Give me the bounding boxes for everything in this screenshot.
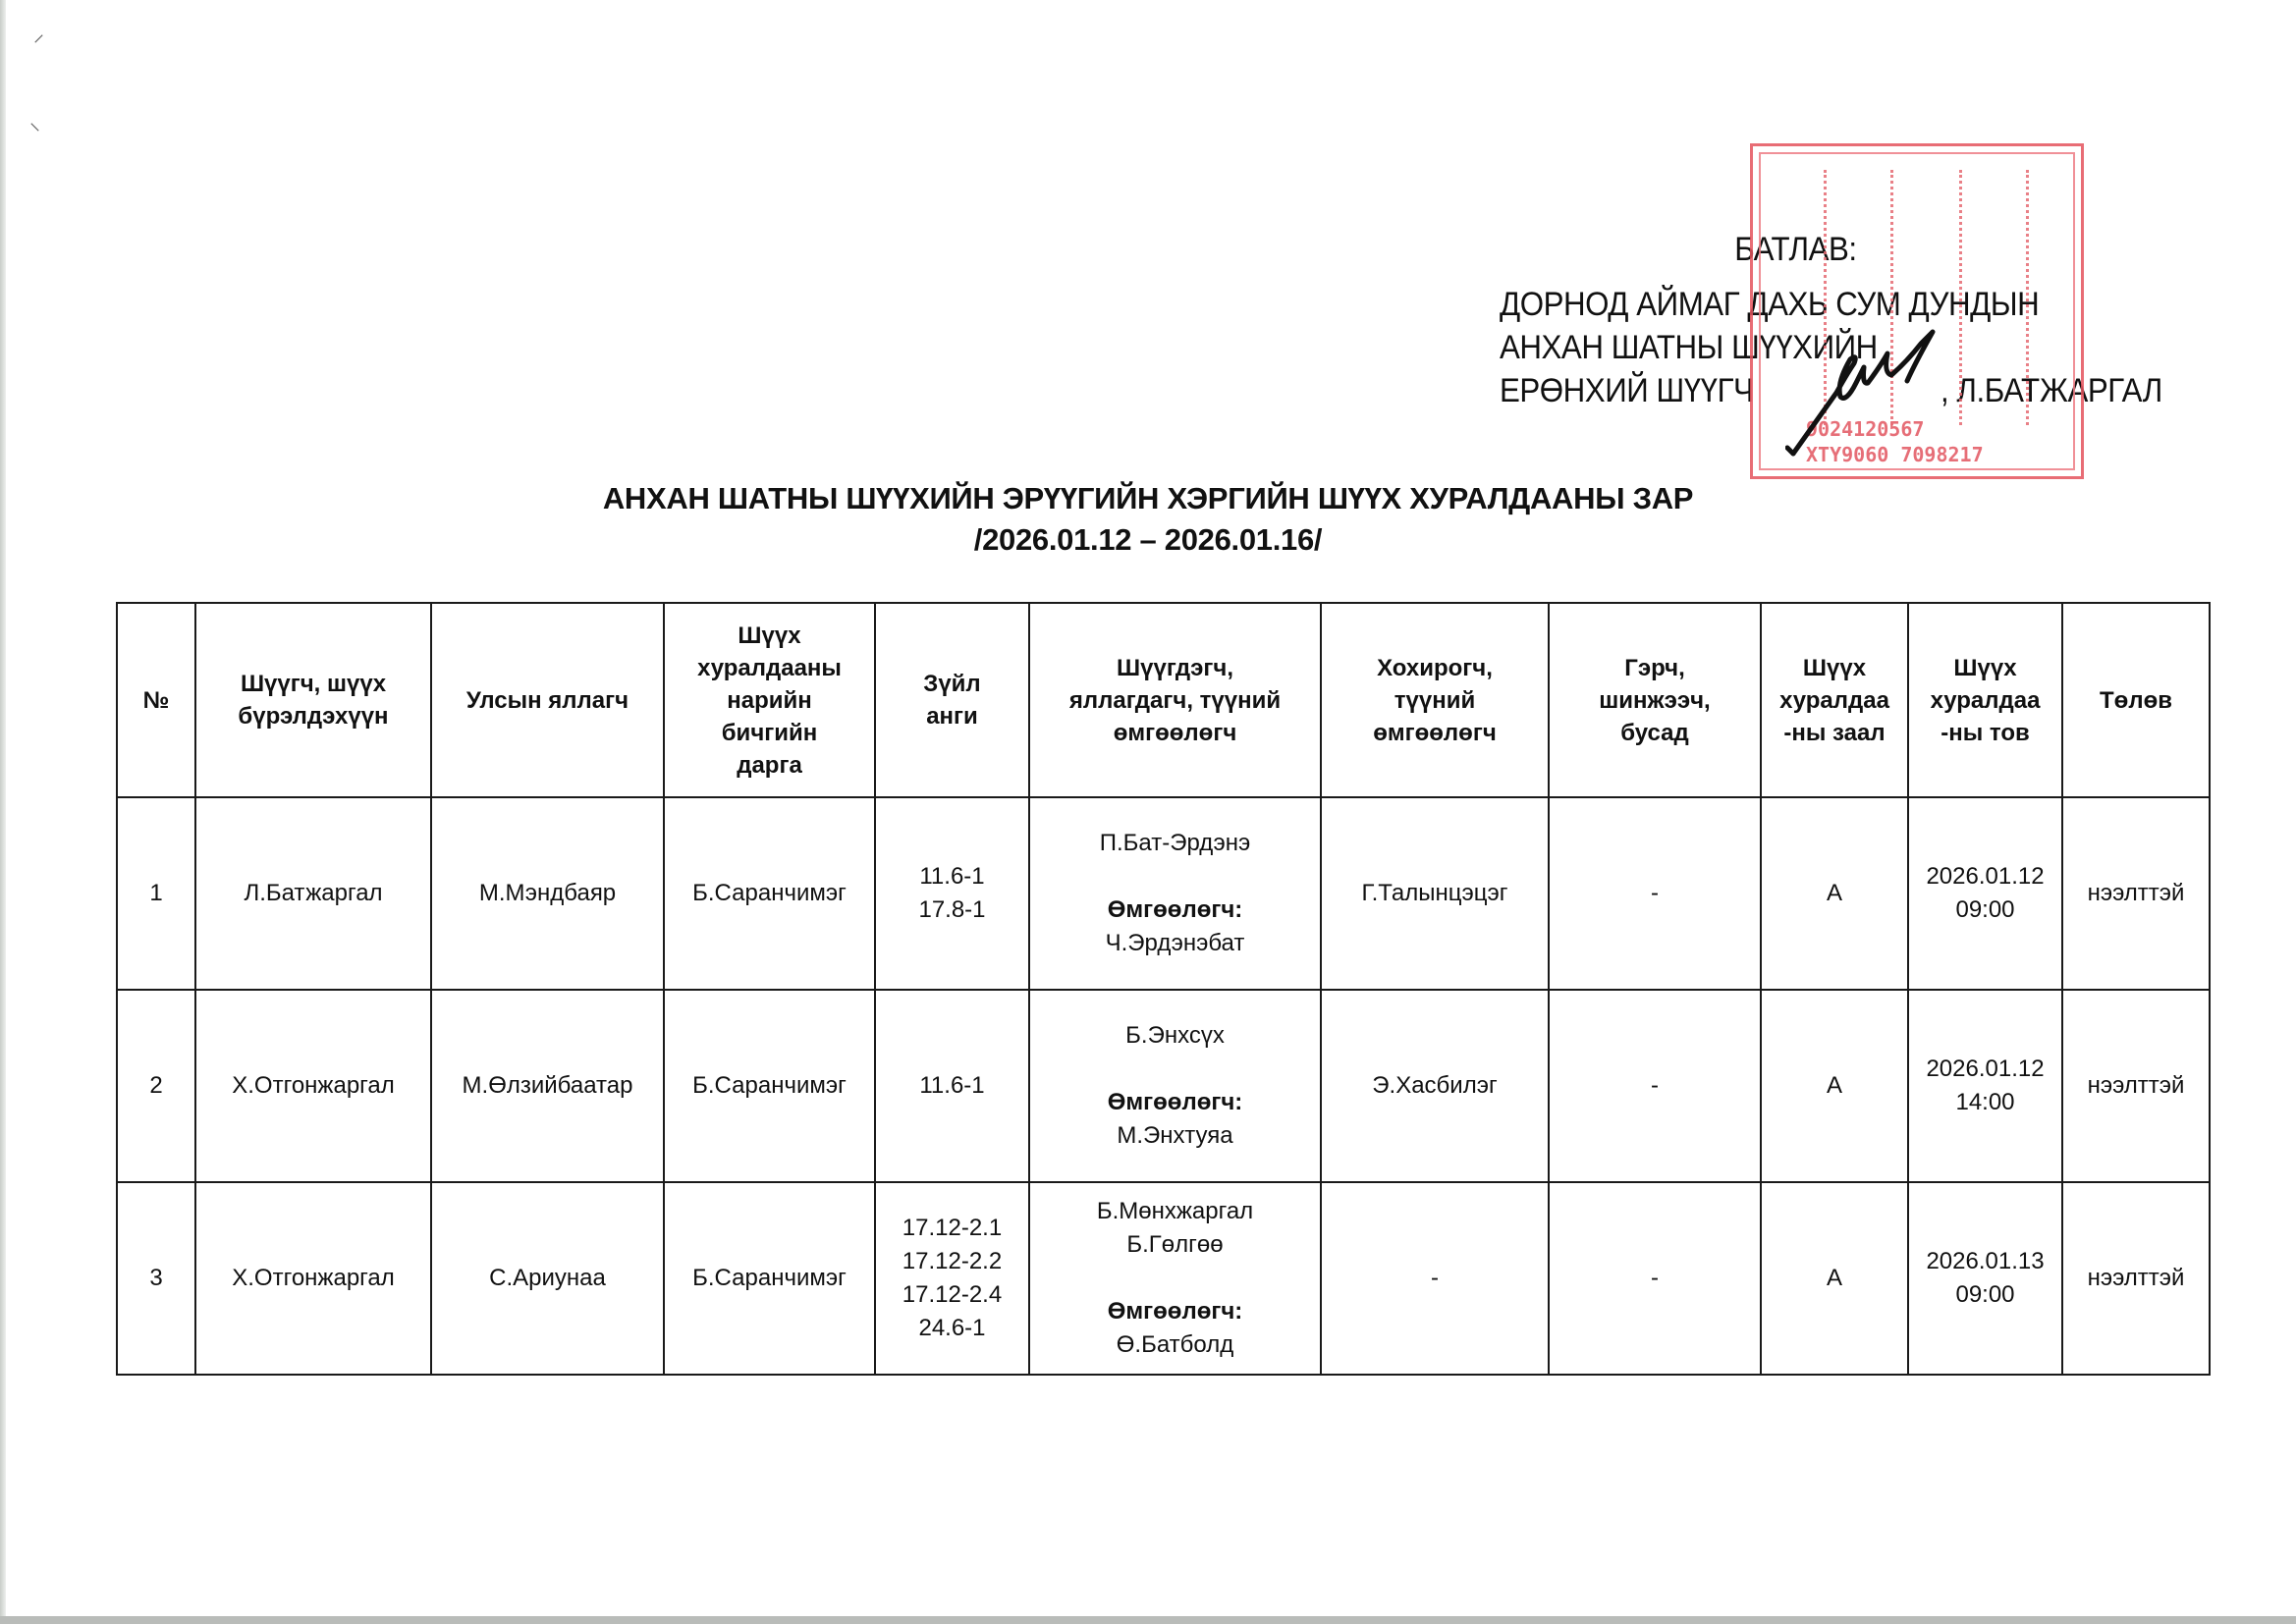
defendant-name: П.Бат-Эрдэнэ [1034,827,1316,860]
cell-schedule: 2026.01.1209:00 [1908,797,2062,990]
cell-prosecutor: С.Ариунаа [431,1182,664,1375]
col-victim-header: Хохирогч,түүнийөмгөөлөгч [1321,603,1549,797]
date-range: /2026.01.12 – 2026.01.16/ [0,522,2296,558]
article-code: 17.12-2.2 [880,1245,1024,1278]
cell-victim: Э.Хасбилэг [1321,990,1549,1182]
scan-edge [0,0,6,1624]
col-secretary-header: Шүүххуралдаанынарийнбичгийндарга [664,603,875,797]
header-text: -ны заал [1766,717,1903,749]
cell-room: А [1761,1182,1908,1375]
cell-prosecutor: М.Мэндбаяр [431,797,664,990]
header-text: өмгөөлөгч [1034,717,1316,749]
cell-defendant: Б.ЭнхсүхӨмгөөлөгч:М.Энхтуяа [1029,990,1321,1182]
header-text: бусад [1554,717,1756,749]
header-text: нарийн [669,684,870,717]
defense-lawyer-label: Өмгөөлөгч: [1034,1295,1316,1328]
cell-victim: - [1321,1182,1549,1375]
col-room-header: Шүүххуралдаа-ны заал [1761,603,1908,797]
cell-number: 2 [117,990,195,1182]
header-text: Шүүх [669,620,870,652]
header-text: Улсын яллагч [436,684,659,717]
header-text: Төлөв [2067,684,2205,717]
header-text: Шүүх [1766,652,1903,684]
header-text: бүрэлдэхүүн [200,700,426,732]
header-text: хуралдаа [1913,684,2057,717]
spacer [1034,860,1316,893]
table-header-row: №Шүүгч, шүүхбүрэлдэхүүнУлсын яллагчШүүхх… [117,603,2210,797]
article-code: 11.6-1 [880,860,1024,893]
defendant-name: Б.Мөнхжаргал [1034,1195,1316,1228]
cell-number: 3 [117,1182,195,1375]
cell-judge: Х.Отгонжаргал [195,990,431,1182]
header-text: Шүүгч, шүүх [200,668,426,700]
col-schedule-header: Шүүххуралдаа-ны тов [1908,603,2062,797]
hearing-time: 09:00 [1913,893,2057,927]
cell-secretary: Б.Саранчимэг [664,990,875,1182]
header-text: № [122,684,191,717]
cell-status: нээлттэй [2062,990,2210,1182]
defendant-name: Б.Энхсүх [1034,1019,1316,1053]
cell-judge: Х.Отгонжаргал [195,1182,431,1375]
hearing-date: 2026.01.12 [1913,860,2057,893]
defense-lawyer-name: М.Энхтуяа [1034,1119,1316,1153]
defense-lawyer-name: Ч.Эрдэнэбат [1034,927,1316,960]
header-text: хуралдааны [669,652,870,684]
scan-artifact: ⸍ [33,27,44,57]
cell-articles: 17.12-2.117.12-2.217.12-2.424.6-1 [875,1182,1029,1375]
header-text: яллагдагч, түүний [1034,684,1316,717]
col-status-header: Төлөв [2062,603,2210,797]
hearing-time: 09:00 [1913,1278,2057,1312]
header-text: -ны тов [1913,717,2057,749]
header-text: Гэрч, [1554,652,1756,684]
hearing-date: 2026.01.12 [1913,1053,2057,1086]
header-text: Зүйл [880,668,1024,700]
hearing-schedule-table: №Шүүгч, шүүхбүрэлдэхүүнУлсын яллагчШүүхх… [116,602,2211,1376]
article-code: 17.12-2.1 [880,1212,1024,1245]
cell-prosecutor: М.Өлзийбаатар [431,990,664,1182]
spacer [1034,1262,1316,1295]
cell-judge: Л.Батжаргал [195,797,431,990]
defendant-name: Б.Гөлгөө [1034,1228,1316,1262]
spacer [1034,1053,1316,1086]
header-text: анги [880,700,1024,732]
page-title: АНХАН ШАТНЫ ШҮҮХИЙН ЭРҮҮГИЙН ХЭРГИЙН ШҮҮ… [0,481,2296,516]
defense-lawyer-label: Өмгөөлөгч: [1034,893,1316,927]
cell-number: 1 [117,797,195,990]
col-witness-header: Гэрч,шинжээч,бусад [1549,603,1761,797]
header-text: хуралдаа [1766,684,1903,717]
hearing-time: 14:00 [1913,1086,2057,1119]
stamp-script [2026,170,2039,425]
header-text: Шүүх [1913,652,2057,684]
cell-witness: - [1549,797,1761,990]
cell-articles: 11.6-1 [875,990,1029,1182]
col-number-header: № [117,603,195,797]
header-text: дарга [669,749,870,782]
header-text: шинжээч, [1554,684,1756,717]
table-row: 2Х.ОтгонжаргалМ.ӨлзийбаатарБ.Саранчимэг1… [117,990,2210,1182]
approval-line: ЕРӨНХИЙ ШҮҮГЧ [1500,369,1753,412]
cell-schedule: 2026.01.1309:00 [1908,1182,2062,1375]
cell-articles: 11.6-117.8-1 [875,797,1029,990]
cell-status: нээлттэй [2062,797,2210,990]
header-text: Хохирогч, [1326,652,1544,684]
cell-room: А [1761,797,1908,990]
table-row: 3Х.ОтгонжаргалС.АриунааБ.Саранчимэг17.12… [117,1182,2210,1375]
cell-schedule: 2026.01.1214:00 [1908,990,2062,1182]
header-text: түүний [1326,684,1544,717]
cell-room: А [1761,990,1908,1182]
cell-secretary: Б.Саранчимэг [664,1182,875,1375]
col-defendant-header: Шүүгдэгч,яллагдагч, түүнийөмгөөлөгч [1029,603,1321,797]
defense-lawyer-name: Ө.Батболд [1034,1328,1316,1362]
col-prosecutor-header: Улсын яллагч [431,603,664,797]
cell-secretary: Б.Саранчимэг [664,797,875,990]
hearing-date: 2026.01.13 [1913,1245,2057,1278]
col-articles-header: Зүйланги [875,603,1029,797]
signature-icon [1785,324,1962,461]
scan-artifact: ⸌ [29,116,40,145]
cell-status: нээлттэй [2062,1182,2210,1375]
cell-victim: Г.Талынцэцэг [1321,797,1549,990]
article-code: 17.8-1 [880,893,1024,927]
table-row: 1Л.БатжаргалМ.МэндбаярБ.Саранчимэг11.6-1… [117,797,2210,990]
cell-witness: - [1549,990,1761,1182]
cell-defendant: Б.МөнхжаргалБ.ГөлгөөӨмгөөлөгч:Ө.Батболд [1029,1182,1321,1375]
header-text: Шүүгдэгч, [1034,652,1316,684]
header-text: бичгийн [669,717,870,749]
scan-edge [0,1616,2296,1624]
cell-witness: - [1549,1182,1761,1375]
article-code: 24.6-1 [880,1312,1024,1345]
article-code: 11.6-1 [880,1069,1024,1103]
col-judge-header: Шүүгч, шүүхбүрэлдэхүүн [195,603,431,797]
cell-defendant: П.Бат-ЭрдэнэӨмгөөлөгч:Ч.Эрдэнэбат [1029,797,1321,990]
defense-lawyer-label: Өмгөөлөгч: [1034,1086,1316,1119]
header-text: өмгөөлөгч [1326,717,1544,749]
article-code: 17.12-2.4 [880,1278,1024,1312]
